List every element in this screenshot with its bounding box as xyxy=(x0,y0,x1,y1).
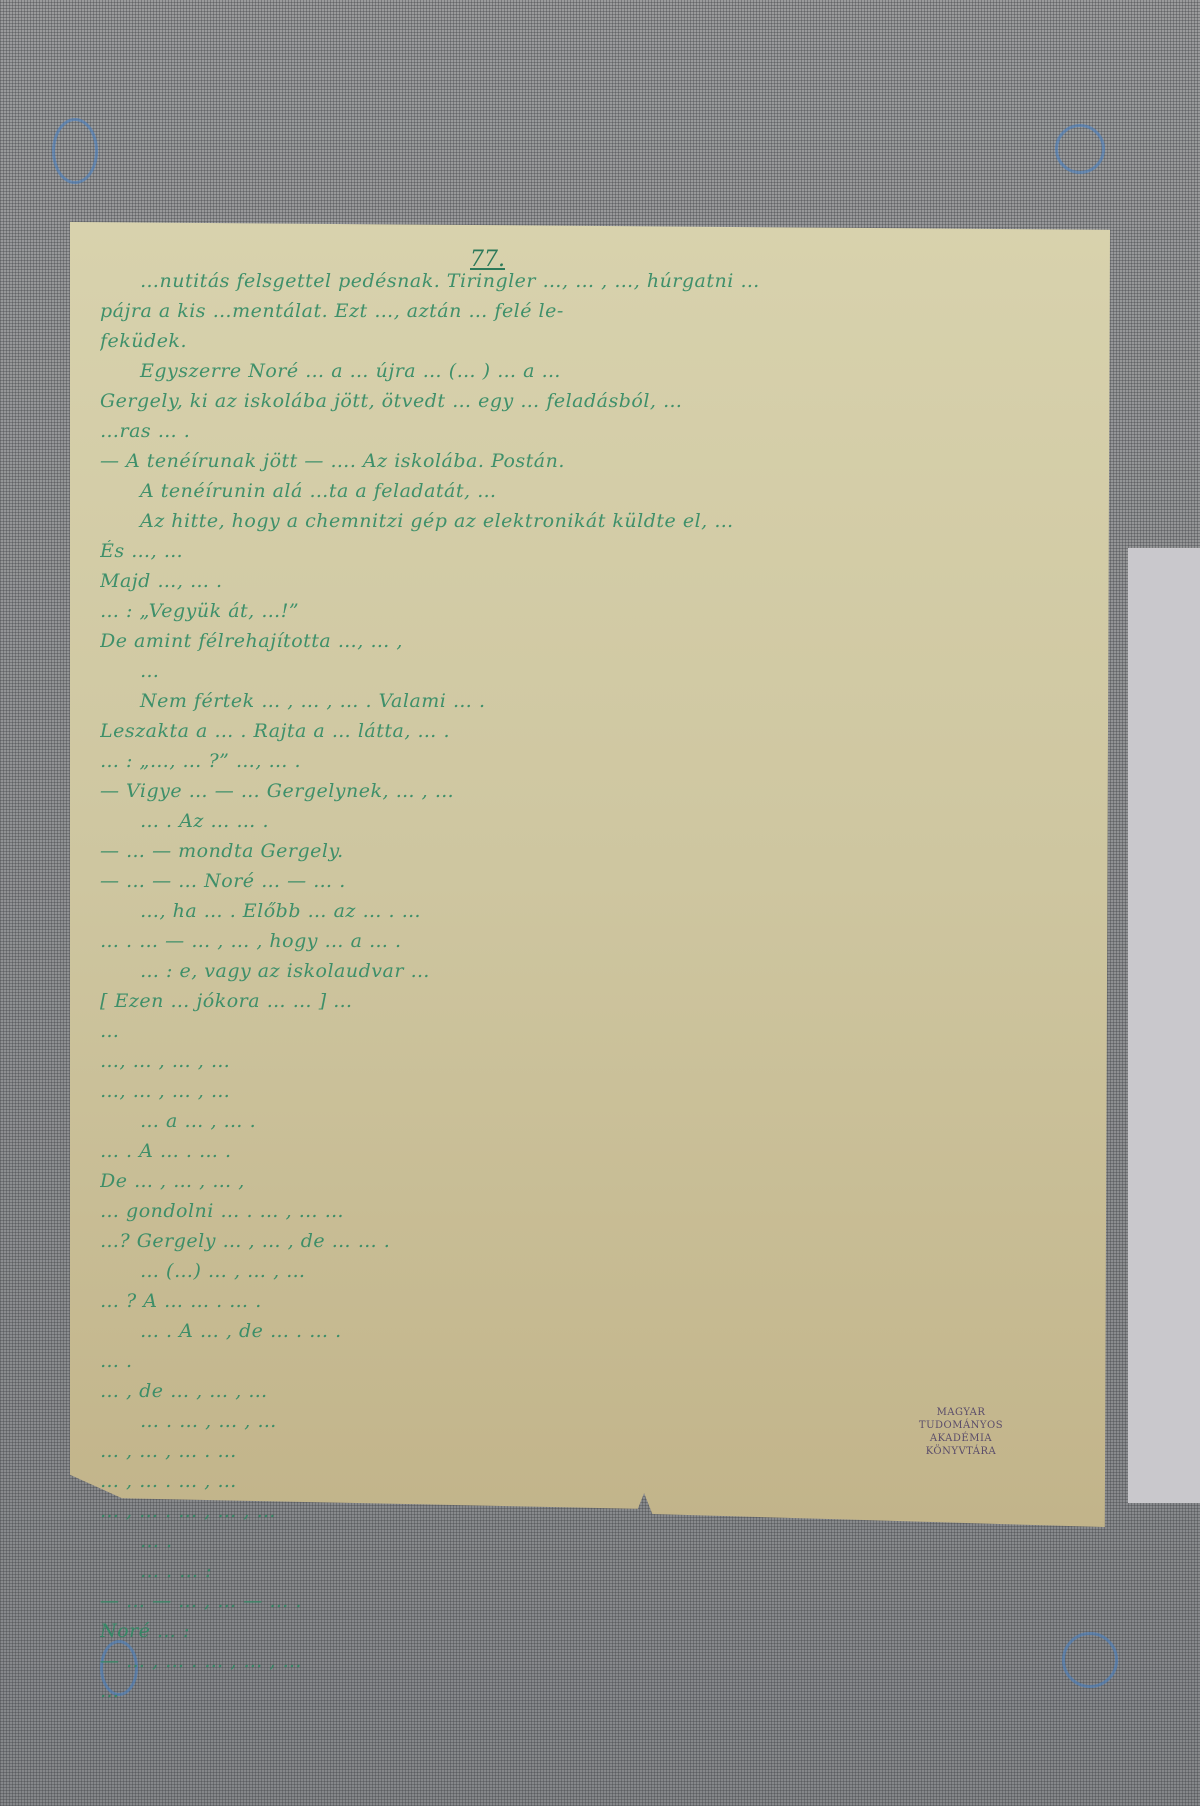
manuscript-line: … . xyxy=(100,1350,1100,1380)
manuscript-line: És …, … xyxy=(100,540,1100,570)
manuscript-line: … . xyxy=(100,1530,1100,1560)
manuscript-line: feküdek. xyxy=(100,330,1100,360)
manuscript-line: … : „…, … ?” …, … . xyxy=(100,750,1100,780)
stamp-line-3: KÖNYVTÁRA xyxy=(896,1445,1026,1458)
manuscript-line: — … — … , … — … . xyxy=(100,1590,1100,1620)
manuscript-line: … . Az … … . xyxy=(100,810,1100,840)
manuscript-line: — Vigye … — … Gergelynek, … , … xyxy=(100,780,1100,810)
manuscript-line: Az hitte, hogy a chemnitzi gép az elektr… xyxy=(100,510,1100,540)
manuscript-line: …nutitás felsgettel pedésnak. Tiringler … xyxy=(100,270,1100,300)
manuscript-line: Leszakta a … . Rajta a … látta, … . xyxy=(100,720,1100,750)
manuscript-line: Noré … : xyxy=(100,1620,1100,1650)
manuscript-line: … gondolni … . … , … … xyxy=(100,1200,1100,1230)
manuscript-line: … . A … , de … . … . xyxy=(100,1320,1100,1350)
manuscript-line: … . … : xyxy=(100,1560,1100,1590)
manuscript-line: … ? A … … . … . xyxy=(100,1290,1100,1320)
corner-mark-top-right xyxy=(1055,124,1105,174)
library-stamp: MAGYAR TUDOMÁNYOS AKADÉMIA KÖNYVTÁRA xyxy=(896,1406,1026,1450)
manuscript-line: …, ha … . Előbb … az … . … xyxy=(100,900,1100,930)
manuscript-line: pájra a kis …mentálat. Ezt …, aztán … fe… xyxy=(100,300,1100,330)
manuscript-line: … : e, vagy az iskolaudvar … xyxy=(100,960,1100,990)
manuscript-line: — … — … Noré … — … . xyxy=(100,870,1100,900)
manuscript-line: …, … , … , … xyxy=(100,1050,1100,1080)
manuscript-line: De amint félrehajította …, … , xyxy=(100,630,1100,660)
manuscript-line: … , … . … , … xyxy=(100,1470,1100,1500)
manuscript-line: Nem fértek … , … , … . Valami … . xyxy=(100,690,1100,720)
manuscript-line: — … — mondta Gergely. xyxy=(100,840,1100,870)
manuscript-line: — A tenéírunak jött — …. Az iskolába. Po… xyxy=(100,450,1100,480)
backing-white-sheet xyxy=(1128,548,1200,1503)
stamp-line-1: MAGYAR xyxy=(896,1406,1026,1419)
manuscript-line: …, … , … , … xyxy=(100,1080,1100,1110)
manuscript-line: … (…) … , … , … xyxy=(100,1260,1100,1290)
manuscript-line: A tenéírunin alá …ta a feladatát, … xyxy=(100,480,1100,510)
manuscript-line: … : „Vegyük át, …!” xyxy=(100,600,1100,630)
manuscript-line: …ras … . xyxy=(100,420,1100,450)
manuscript-line: … xyxy=(100,1020,1100,1050)
manuscript-line: … a … , … . xyxy=(100,1110,1100,1140)
manuscript-line: … xyxy=(100,1680,1100,1710)
manuscript-line: [ Ezen … jókora … … ] … xyxy=(100,990,1100,1020)
manuscript-line: De … , … , … , xyxy=(100,1170,1100,1200)
manuscript-line: Gergely, ki az iskolába jött, ötvedt … e… xyxy=(100,390,1100,420)
stamp-line-2: TUDOMÁNYOS AKADÉMIA xyxy=(896,1419,1026,1445)
manuscript-line: Majd …, … . xyxy=(100,570,1100,600)
manuscript-line: Egyszerre Noré … a … újra … (… ) … a … xyxy=(100,360,1100,390)
manuscript-line: … xyxy=(100,660,1100,690)
manuscript-line: — … , … . … , … , … xyxy=(100,1650,1100,1680)
manuscript-line: … , … . … , … , … xyxy=(100,1500,1100,1530)
manuscript-text: …nutitás felsgettel pedésnak. Tiringler … xyxy=(100,270,1100,1710)
page-number: 77. xyxy=(470,247,505,272)
corner-mark-top-left xyxy=(52,118,98,184)
manuscript-line: … . … — … , … , hogy … a … . xyxy=(100,930,1100,960)
manuscript-line: … . A … . … . xyxy=(100,1140,1100,1170)
manuscript-line: …? Gergely … , … , de … … . xyxy=(100,1230,1100,1260)
